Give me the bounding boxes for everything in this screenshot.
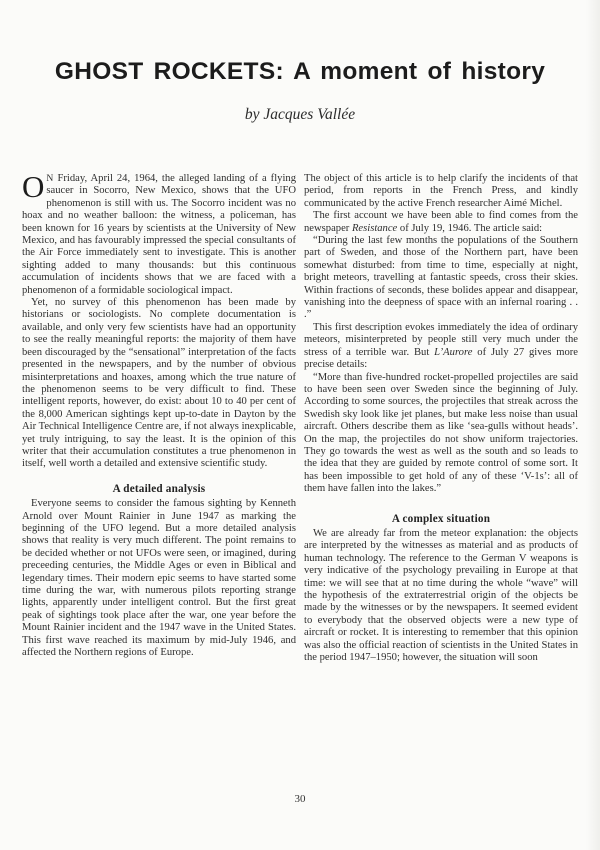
- drop-cap: O: [22, 175, 44, 199]
- intro-paragraph: ON Friday, April 24, 1964, the alleged l…: [22, 173, 296, 297]
- section-heading-detailed-analysis: A detailed analysis: [22, 483, 296, 495]
- page-number: 30: [0, 793, 600, 805]
- paragraph: The object of this article is to help cl…: [304, 173, 578, 210]
- right-column: The object of this article is to help cl…: [304, 173, 578, 664]
- left-column: ON Friday, April 24, 1964, the alleged l…: [22, 173, 296, 664]
- text: of July 19, 1946. The article said:: [397, 223, 542, 234]
- paragraph: We are already far from the meteor expla…: [304, 528, 578, 664]
- paragraph: Yet, no survey of this phenomenon has be…: [22, 297, 296, 471]
- article-title: GHOST ROCKETS: A moment of history: [0, 58, 600, 86]
- lead-in: N: [46, 173, 53, 184]
- paragraph: Everyone seems to consider the famous si…: [22, 498, 296, 659]
- newspaper-name-resistance: Resistance: [352, 223, 397, 234]
- section-heading-complex-situation: A complex situation: [304, 513, 578, 525]
- paragraph: This first description evokes immediatel…: [304, 322, 578, 372]
- quotation: “More than five-hundred rocket-propelled…: [304, 372, 578, 496]
- article-body: ON Friday, April 24, 1964, the alleged l…: [22, 173, 578, 664]
- page-edge-shadow: [586, 0, 600, 850]
- paragraph: The first account we have been able to f…: [304, 210, 578, 235]
- newspaper-name-laurore: L’Aurore: [434, 347, 472, 358]
- article-byline: by Jacques Vallée: [0, 106, 600, 124]
- intro-text: Friday, April 24, 1964, the alleged land…: [22, 173, 296, 296]
- quotation: “During the last few months the populati…: [304, 235, 578, 322]
